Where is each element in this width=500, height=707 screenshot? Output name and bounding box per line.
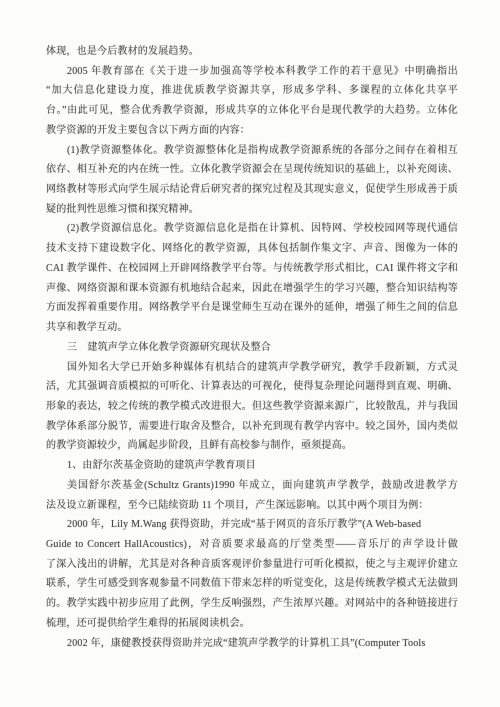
text-line: 的教学资源较少，尚属起步阶段，且鲜有高校参与制作，亟须提高。 xyxy=(46,436,458,456)
text-line: (1)教学资源整体化。教学资源整体化是指构成教学资源系统的各部分之间存在着相互 xyxy=(46,141,458,161)
text-line: 2002 年，康健教授获得资助并完成“建筑声学教学的计算机工具”(Compute… xyxy=(46,634,458,654)
text-line: 联系，学生可感受到客观参量不同数值下带来怎样的听觉变化，这是传统教学模式无法做到 xyxy=(46,574,458,594)
text-line: 教学资源的开发主要包含以下两方面的内容： xyxy=(46,121,458,141)
text-line: 形象的表达，较之传统的教学模式改进很大。但这些教学资源来源广，比较散乱，并与我国 xyxy=(46,397,458,417)
text-line: 方面发挥着重要作用。网络教学平台是课堂师生互动在课外的延伸，增强了师生之间的信息 xyxy=(46,298,458,318)
text-line: 1、由舒尔茨基金资助的建筑声学教育项目 xyxy=(46,456,458,476)
document-page: 体现，也是今后教材的发展趋势。2005 年教育部在《关于进一步加强高等学校本科教… xyxy=(0,0,500,707)
text-line: 了深入浅出的讲解，尤其是对各种音质客观评价参量进行可听化模拟，使之与主观评价建立 xyxy=(46,555,458,575)
text-line: 梳理，还可提供给学生难得的拓展阅读机会。 xyxy=(46,614,458,634)
text-line: 技术支持下建设数字化、网络化的教学资源，具体包括制作集文字、声音、图像为一体的 xyxy=(46,239,458,259)
text-line: 疑的批判性思维习惯和探究精神。 xyxy=(46,200,458,220)
text-line: 法及设立新课程，至今已陆续资助 11 个项目，产生深远影响。以其中两个项目为例： xyxy=(46,496,458,516)
text-line: 体现，也是今后教材的发展趋势。 xyxy=(46,42,458,62)
text-line: 2005 年教育部在《关于进一步加强高等学校本科教学工作的若干意见》中明确指出 xyxy=(46,62,458,82)
text-line: 2000 年，Lily M.Wang 获得资助，并完成“基于网页的音乐厅教学”(… xyxy=(46,515,458,535)
text-line: 美国舒尔茨基金(Schultz Grants)1990 年成立，面向建筑声学教学… xyxy=(46,476,458,496)
text-line: 网络教材等形式向学生展示结论背后研究者的探究过程及其现实意义，促使学生形成善于质 xyxy=(46,180,458,200)
text-line: (2)教学资源信息化。教学资源信息化是指在计算机、因特网、学校校园网等现代通信 xyxy=(46,219,458,239)
document-text-block: 体现，也是今后教材的发展趋势。2005 年教育部在《关于进一步加强高等学校本科教… xyxy=(46,42,458,653)
text-line: 的。教学实践中初步应用了此例，学生反响强烈，产生浓厚兴趣。对网站中的各种链接进行 xyxy=(46,594,458,614)
text-line: 共享和教学互动。 xyxy=(46,318,458,338)
text-line: 教学体系部分脱节，需要进行取舍及整合，以补充到现有教学内容中。较之国外，国内类似 xyxy=(46,417,458,437)
text-line: 三 建筑声学立体化教学资源研究现状及整合 xyxy=(46,338,458,358)
text-line: 国外知名大学已开始多种媒体有机结合的建筑声学教学研究，教学手段新颖，方式灵 xyxy=(46,358,458,378)
text-line: 台。”由此可见，整合优秀教学资源，形成共享的立体化平台是现代教学的大趋势。立体化 xyxy=(46,101,458,121)
text-line: “加大信息化建设力度，推进优质教学资源共享，形成多学科、多课程的立体化共享平 xyxy=(46,81,458,101)
text-line: 依存、相互补充的内在统一性。立体化教学资源会在呈现传统知识的基础上，以补充阅读、 xyxy=(46,160,458,180)
text-line: Guide to Concert HallAcoustics)，对音质要求最高的… xyxy=(46,535,458,555)
text-line: 声像、网络资源和课本资源有机地结合起来，因此在增强学生的学习兴趣，整合知识结构等 xyxy=(46,279,458,299)
text-line: CAI 教学课件、在校园网上开辟网络教学平台等。与传统教学形式相比，CAI 课件… xyxy=(46,259,458,279)
text-line: 活，尤其强调音质模拟的可听化、计算表达的可视化，使得复杂理论问题得到直观、明确、 xyxy=(46,377,458,397)
